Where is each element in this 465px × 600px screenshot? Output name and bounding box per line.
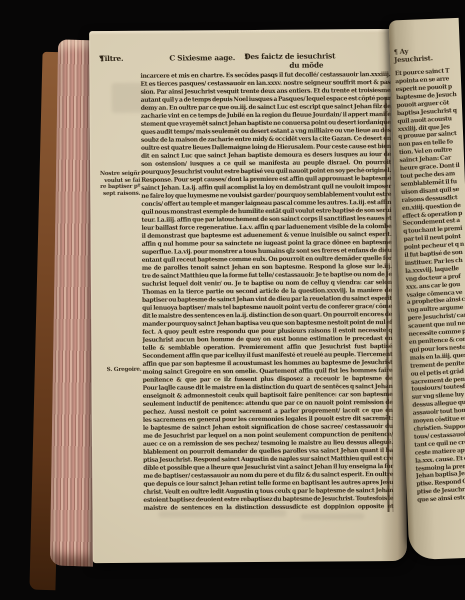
right-page-content: ¶Ay Jesuchrist. Et pource sainct Tapoint… — [394, 43, 465, 505]
right-running-header: ¶Ay Jesuchrist. — [394, 43, 465, 64]
margin-note-line: sept raisons. — [96, 191, 140, 198]
book-photo: ¶Tiltre. C Sixiesme aage. ¶Des faictz de… — [0, 0, 465, 600]
show-through-smudge — [301, 513, 365, 519]
body-text-line: maistre de sentences en la distinction d… — [143, 503, 393, 513]
left-page: ¶Tiltre. C Sixiesme aage. ¶Des faictz de… — [89, 29, 407, 563]
margin-note-line: Nostre seigñr — [96, 171, 140, 178]
margin-note-gregoire: S. Gregoire. — [97, 367, 141, 374]
hedera-icon: ¶ — [394, 48, 398, 56]
header-age-label: C Sixiesme aage. — [169, 53, 235, 62]
margin-note-seven-reasons: Nostre seigñrvoulut se faire baptiser pº… — [96, 171, 140, 198]
header-subject-label-2: du mõde — [289, 60, 323, 69]
running-header: ¶Tiltre. C Sixiesme aage. ¶Des faictz de… — [89, 29, 403, 31]
right-page-text-fragments: Et pource sainct Tapointa en se arreespe… — [395, 64, 465, 505]
body-text-block: incarcere et mis en chartre. Es secõdes … — [140, 71, 393, 513]
margin-note-line: S. Gregoire. — [97, 367, 141, 374]
header-title-label: Tiltre. — [99, 54, 123, 63]
